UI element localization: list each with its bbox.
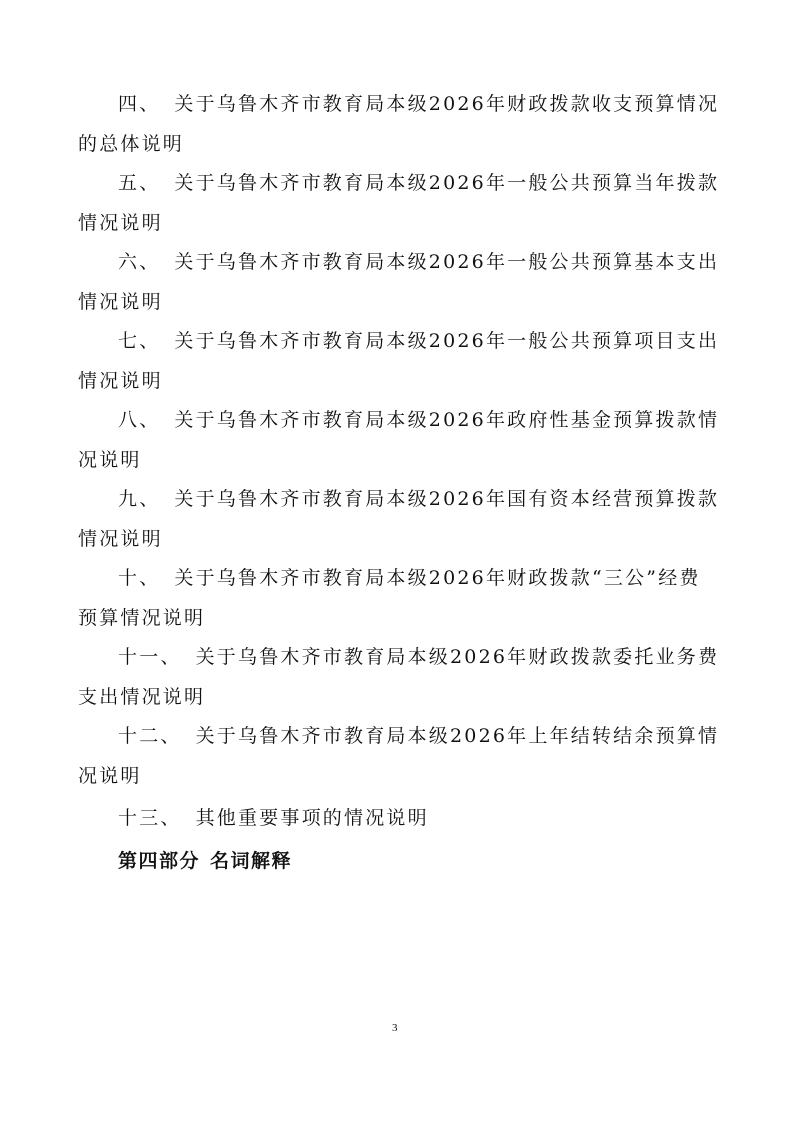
toc-item-7: 七、关于乌鲁木齐市教育局本级2026年一般公共预算项目支出 情况说明 — [78, 321, 718, 401]
item-text: 其他重要事项的情况说明 — [196, 807, 429, 829]
item-text-continued: 的总体说明 — [78, 124, 718, 164]
item-text: 关于乌鲁木齐市教育局本级2026年财政拨款委托业务费 — [196, 646, 720, 668]
item-number: 八、 — [118, 409, 160, 431]
item-text-continued: 预算情况说明 — [78, 598, 718, 638]
toc-item-8: 八、关于乌鲁木齐市教育局本级2026年政府性基金预算拨款情 况说明 — [78, 400, 718, 480]
item-number: 六、 — [118, 251, 160, 273]
item-number: 五、 — [118, 172, 160, 194]
item-number: 七、 — [118, 330, 160, 352]
item-text: 关于乌鲁木齐市教育局本级2026年一般公共预算当年拨款 — [174, 172, 719, 194]
item-text: 关于乌鲁木齐市教育局本级2026年国有资本经营预算拨款 — [174, 488, 719, 510]
item-text-continued: 情况说明 — [78, 361, 718, 401]
item-text: 关于乌鲁木齐市教育局本级2026年财政拨款收支预算情况 — [174, 93, 719, 115]
item-number: 九、 — [118, 488, 160, 510]
toc-item-5: 五、关于乌鲁木齐市教育局本级2026年一般公共预算当年拨款 情况说明 — [78, 163, 718, 243]
item-text: 关于乌鲁木齐市教育局本级2026年上年结转结余预算情 — [196, 725, 720, 747]
item-text: 关于乌鲁木齐市教育局本级2026年一般公共预算项目支出 — [174, 330, 719, 352]
section-part-label: 第四部分 — [118, 850, 200, 872]
page-number: 3 — [392, 1022, 398, 1034]
item-text: 关于乌鲁木齐市教育局本级2026年一般公共预算基本支出 — [174, 251, 719, 273]
toc-item-13: 十三、其他重要事项的情况说明 — [78, 798, 718, 838]
item-text-continued: 支出情况说明 — [78, 677, 718, 717]
toc-item-12: 十二、关于乌鲁木齐市教育局本级2026年上年结转结余预算情 况说明 — [78, 716, 718, 796]
item-text: 关于乌鲁木齐市教育局本级2026年政府性基金预算拨款情 — [174, 409, 719, 431]
toc-item-6: 六、关于乌鲁木齐市教育局本级2026年一般公共预算基本支出 情况说明 — [78, 242, 718, 322]
item-number: 十、 — [118, 567, 160, 589]
item-number: 十二、 — [118, 725, 182, 747]
item-text-continued: 情况说明 — [78, 282, 718, 322]
item-text-continued: 况说明 — [78, 756, 718, 796]
section-title: 名词解释 — [210, 850, 292, 872]
item-text: 关于乌鲁木齐市教育局本级2026年财政拨款“三公”经费 — [174, 567, 700, 589]
toc-item-10: 十、关于乌鲁木齐市教育局本级2026年财政拨款“三公”经费 预算情况说明 — [78, 558, 718, 638]
item-number: 十一、 — [118, 646, 182, 668]
item-number: 四、 — [118, 93, 160, 115]
item-text-continued: 情况说明 — [78, 519, 718, 559]
item-text-continued: 况说明 — [78, 440, 718, 480]
item-text-continued: 情况说明 — [78, 203, 718, 243]
document-page: 四、关于乌鲁木齐市教育局本级2026年财政拨款收支预算情况 的总体说明 五、关于… — [0, 0, 793, 1122]
toc-item-11: 十一、关于乌鲁木齐市教育局本级2026年财政拨款委托业务费 支出情况说明 — [78, 637, 718, 717]
toc-item-9: 九、关于乌鲁木齐市教育局本级2026年国有资本经营预算拨款 情况说明 — [78, 479, 718, 559]
section-heading: 第四部分名词解释 — [118, 846, 292, 873]
item-number: 十三、 — [118, 807, 182, 829]
toc-item-4: 四、关于乌鲁木齐市教育局本级2026年财政拨款收支预算情况 的总体说明 — [78, 84, 718, 164]
